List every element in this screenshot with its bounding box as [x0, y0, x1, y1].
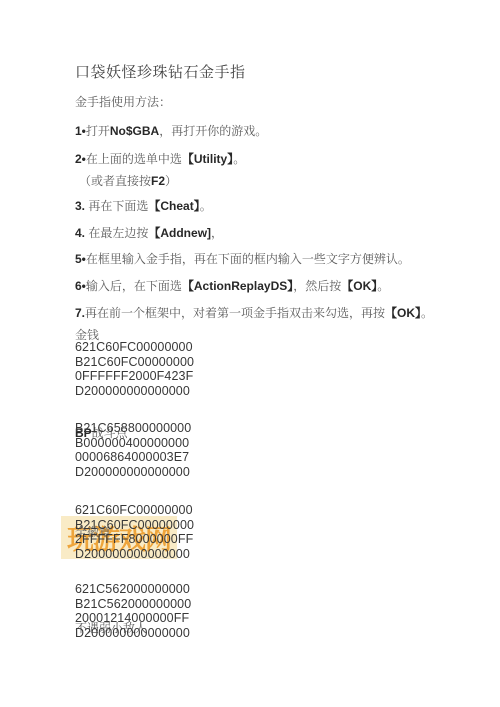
- step-text: 。: [233, 152, 245, 166]
- step-line-3: 3. 再在下面选【Cheat】。: [75, 199, 212, 213]
- step-line-6: 6•输入后，在下面选【ActionReplayDS】，然后按【OK】。: [75, 279, 389, 293]
- step-text: 在框里输入金手指，再在下面的框内输入一些文字方便辨认。: [86, 252, 410, 266]
- step-line-2: 2•在上面的选单中选【Utility】。: [75, 152, 245, 166]
- step-keyword: 【OK】: [341, 279, 377, 293]
- step-keyword: 【Cheat】: [148, 199, 199, 213]
- step-text: 打开: [86, 124, 110, 138]
- cheat-codes-bp: B21C658800000000 B000000400000000 000068…: [75, 421, 191, 479]
- cheat-codes-money: 621C60FC00000000 B21C60FC00000000 0FFFFF…: [75, 340, 194, 398]
- step-number: 6•: [75, 279, 86, 293]
- cheat-code-line: 621C562000000000: [75, 582, 191, 597]
- step-text: ）: [165, 174, 177, 188]
- step-text: 再在前一个框架中，对着第一项金手指双击来勾选，再按: [85, 306, 385, 320]
- step-line-2-note: （或者直接按F2）: [79, 174, 177, 188]
- step-text: ，然后按: [293, 279, 341, 293]
- step-line-5: 5•在框里输入金手指，再在下面的框内输入一些文字方便辨认。: [75, 252, 410, 266]
- step-text: （或者直接按: [79, 174, 151, 188]
- document-page: 玩游戏网 口袋妖怪珍珠钻石金手指 金手指使用方法： 1•打开No$GBA，再打开…: [0, 0, 500, 707]
- step-line-1: 1•打开No$GBA，再打开你的游戏。: [75, 124, 267, 138]
- step-keyword: F2: [151, 174, 165, 188]
- step-number: 4.: [75, 226, 85, 240]
- step-text: 。: [377, 279, 389, 293]
- step-keyword: 【ActionReplayDS】: [182, 279, 293, 293]
- step-text: 输入后，在下面选: [86, 279, 182, 293]
- step-text: ，再打开你的游戏。: [159, 124, 267, 138]
- cheat-code-line: D200000000000000: [75, 384, 194, 399]
- step-text: 。: [421, 306, 433, 320]
- step-keyword: No$GBA: [110, 124, 159, 138]
- step-keyword: 【OK】: [385, 306, 421, 320]
- step-text: 在上面的选单中选: [86, 152, 182, 166]
- cheat-code-line: D200000000000000: [75, 547, 194, 562]
- cheat-code-line: 621C60FC00000000: [75, 503, 194, 518]
- cheat-code-line: D200000000000000: [75, 465, 191, 480]
- step-number: 3.: [75, 199, 85, 213]
- step-text: ，: [211, 226, 223, 240]
- cheat-code-line: B000000400000000: [75, 436, 191, 451]
- cheat-code-line: 0FFFFFF2000F423F: [75, 369, 194, 384]
- intro-line: 金手指使用方法：: [75, 95, 171, 109]
- cheat-code-line: 00006864000003E7: [75, 450, 191, 465]
- cheat-code-line: 2FFFFFF8000000FF: [75, 532, 194, 547]
- cheat-code-line: B21C60FC00000000: [75, 355, 194, 370]
- step-number: 1•: [75, 124, 86, 138]
- step-line-4: 4. 在最左边按【Addnew]，: [75, 226, 223, 240]
- step-number: 2•: [75, 152, 86, 166]
- step-line-7: 7.再在前一个框架中，对着第一项金手指双击来勾选，再按【OK】。: [75, 306, 433, 320]
- intro-text: 金手指使用方法：: [75, 95, 171, 109]
- step-keyword: 【Utility】: [182, 152, 233, 166]
- cheat-code-line: D200000000000000: [75, 626, 191, 641]
- cheat-code-line: B21C562000000000: [75, 597, 191, 612]
- step-number: 7.: [75, 306, 85, 320]
- step-text: 。: [200, 199, 212, 213]
- step-keyword: 【Addnew]: [148, 226, 211, 240]
- cheat-codes-no-weak-enemies: 621C562000000000 B21C562000000000 200012…: [75, 582, 191, 640]
- cheat-codes-badges: 621C60FC00000000 B21C60FC00000000 2FFFFF…: [75, 503, 194, 561]
- cheat-code-line: 20001214000000FF: [75, 611, 191, 626]
- cheat-code-line: 621C60FC00000000: [75, 340, 194, 355]
- step-number: 5•: [75, 252, 86, 266]
- page-title: 口袋妖怪珍珠钻石金手指: [75, 61, 246, 82]
- step-text: 再在下面选: [85, 199, 148, 213]
- cheat-code-line: B21C60FC00000000: [75, 518, 194, 533]
- step-text: 在最左边按: [85, 226, 148, 240]
- cheat-code-line: B21C658800000000: [75, 421, 191, 436]
